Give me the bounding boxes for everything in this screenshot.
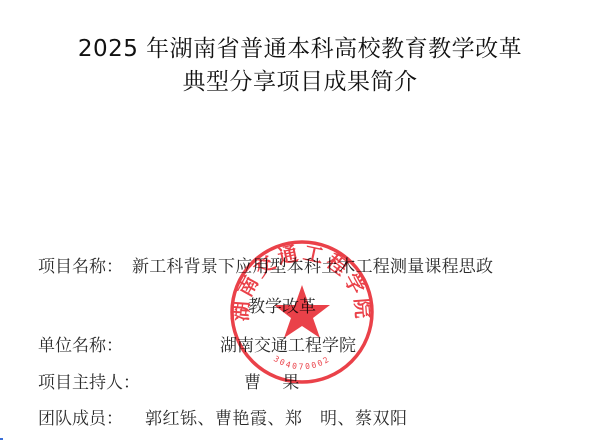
- project-host-value: 曹 果: [244, 368, 307, 393]
- document-title-line-1: 2025 年湖南省普通本科高校教育教学改革: [0, 30, 600, 63]
- document-page: 2025 年湖南省普通本科高校教育教学改革 典型分享项目成果简介 项目名称： 新…: [0, 0, 600, 441]
- project-name-value-line-1: 新工科背景下应用型本科土木工程测量课程思政: [132, 252, 493, 277]
- project-name-label: 项目名称：: [38, 252, 123, 277]
- document-title-line-2: 典型分享项目成果简介: [0, 63, 600, 96]
- unit-name-value: 湖南交通工程学院: [220, 331, 356, 356]
- team-members-value: 郭红铄、曹艳霞、郑 明、蔡双阳: [145, 404, 408, 429]
- project-host-label: 项目主持人：: [38, 368, 140, 393]
- unit-name-label: 单位名称：: [38, 331, 123, 356]
- scan-edge-mark: [0, 438, 3, 440]
- project-name-value-line-2: 教学改革: [248, 292, 316, 317]
- team-members-label: 团队成员：: [38, 404, 123, 429]
